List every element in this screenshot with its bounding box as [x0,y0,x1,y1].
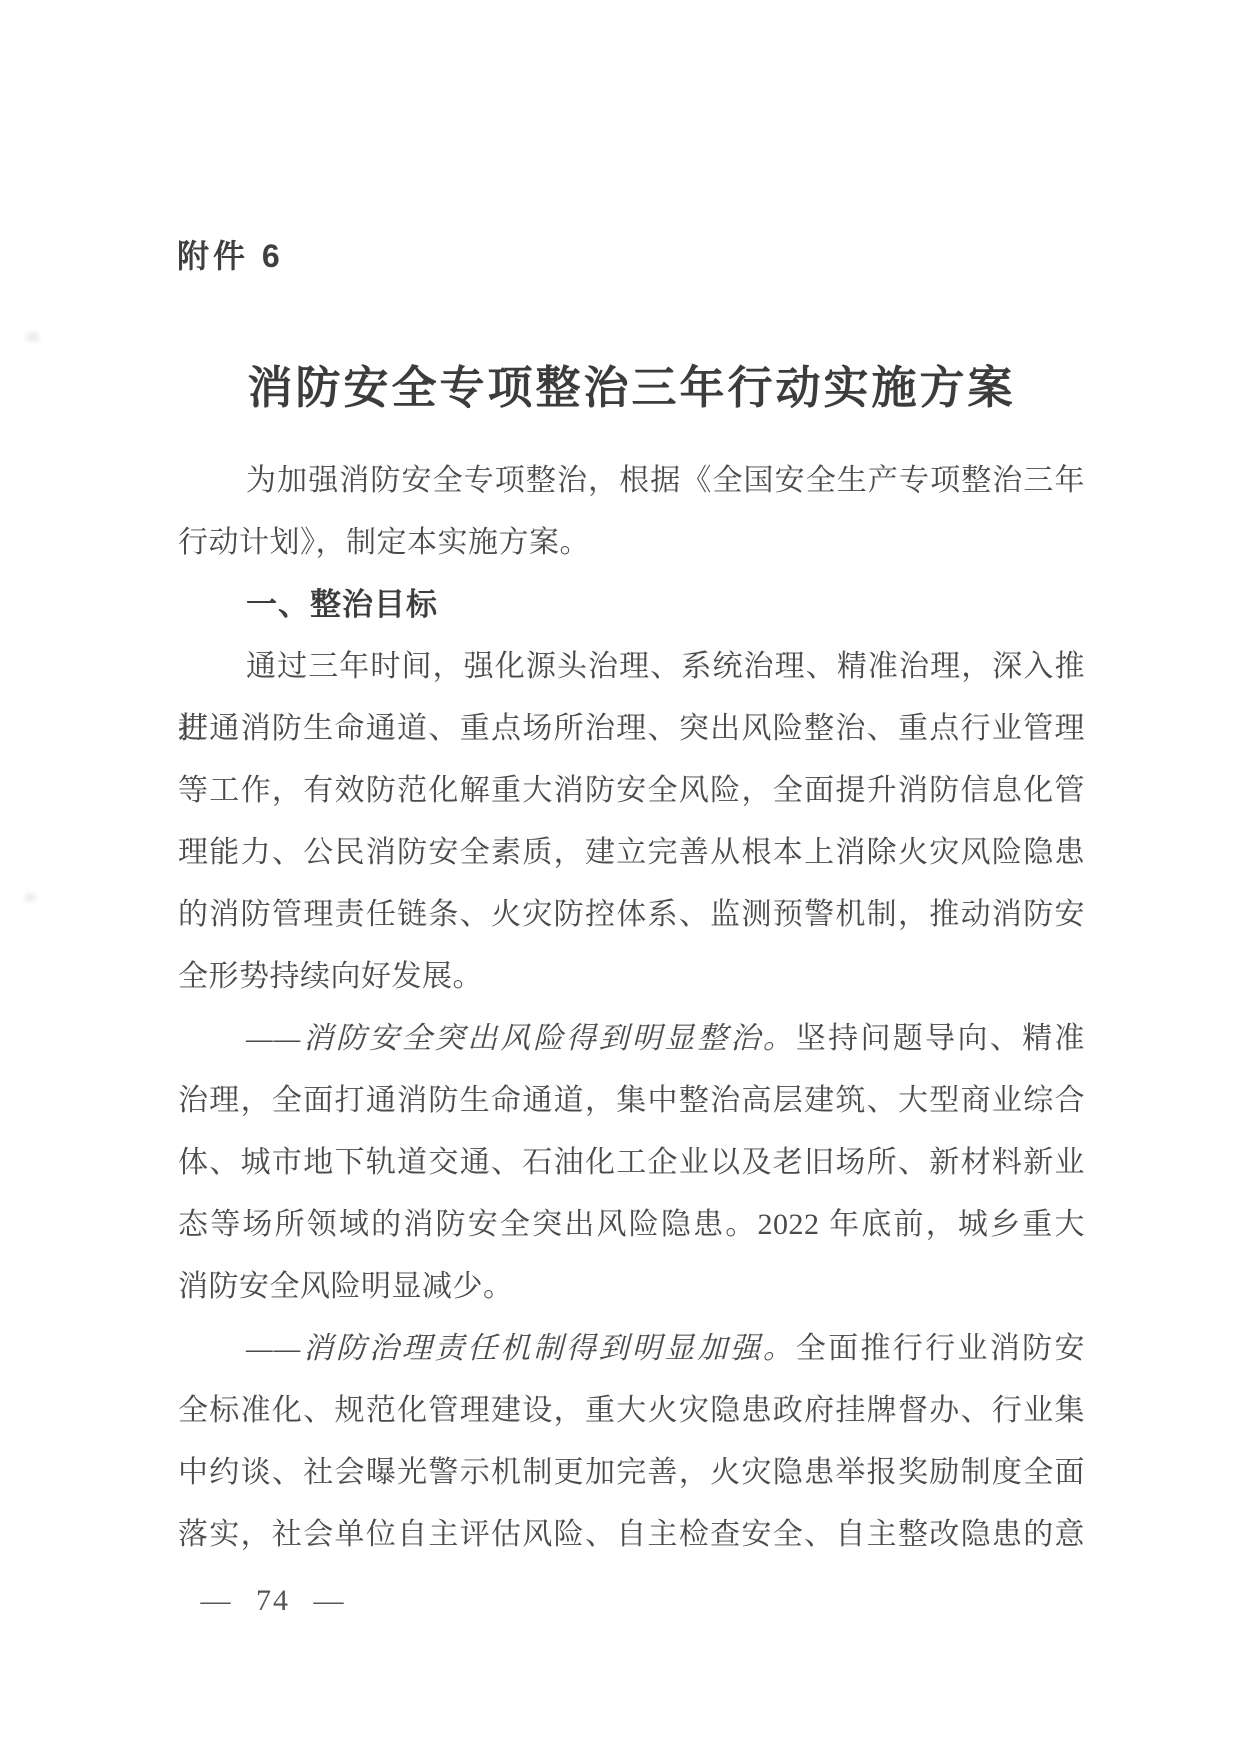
text-line: 消防安全风险明显减少。 [178,1256,1085,1318]
text-line: 等工作，有效防范化解重大消防安全风险，全面提升消防信息化管 [178,760,1085,822]
text-line: 落实，社会单位自主评估风险、自主检查安全、自主整改隐患的意 [178,1504,1085,1566]
text-segment: 打通消防生命通道、重点场所治理、突出风险整治、重点行业管理 [178,712,1085,745]
kaiti-lead-phrase: ——消防安全突出风险得到明显整治。 [246,1022,796,1055]
text-segment: 理能力、公民消防安全素质，建立完善从根本上消除火灾风险隐患 [178,836,1085,869]
text-line: 全形势持续向好发展。 [178,946,1085,1008]
text-line: 态等场所领域的消防安全突出风险隐患。2022 年底前，城乡重大 [178,1194,1085,1256]
document-title: 消防安全专项整治三年行动实施方案 [178,351,1085,416]
document-page: 附件 6 消防安全专项整治三年行动实施方案 为加强消防安全专项整治，根据《全国安… [0,0,1239,1752]
scan-artifact [26,332,40,342]
text-line: 的消防管理责任链条、火灾防控体系、监测预警机制，推动消防安 [178,884,1085,946]
text-line: 体、城市地下轨道交通、石油化工企业以及老旧场所、新材料新业 [178,1132,1085,1194]
text-line: 通过三年时间，强化源头治理、系统治理、精准治理，深入推进 [178,636,1085,698]
text-segment: 落实，社会单位自主评估风险、自主检查安全、自主整改隐患的意 [178,1518,1085,1551]
text-line: ——消防安全突出风险得到明显整治。坚持问题导向、精准 [178,1008,1085,1070]
section-heading: 一、整治目标 [178,574,1085,636]
text-line: 全标准化、规范化管理建设，重大火灾隐患政府挂牌督办、行业集 [178,1380,1085,1442]
attachment-label: 附件 6 [177,231,284,277]
document-body: 为加强消防安全专项整治，根据《全国安全生产专项整治三年行动计划》，制定本实施方案… [178,450,1085,1566]
text-line: 行动计划》，制定本实施方案。 [178,512,1085,574]
text-segment: 治理，全面打通消防生命通道，集中整治高层建筑、大型商业综合 [178,1084,1085,1117]
kaiti-lead-phrase: ——消防治理责任机制得到明显加强。 [246,1332,796,1365]
text-segment: 中约谈、社会曝光警示机制更加完善，火灾隐患举报奖励制度全面 [178,1456,1085,1489]
text-segment: 一、整治目标 [246,587,438,622]
text-segment: 全面推行行业消防安 [796,1332,1085,1365]
text-segment: 消防安全风险明显减少。 [178,1270,514,1303]
text-line: 为加强消防安全专项整治，根据《全国安全生产专项整治三年 [178,450,1085,512]
text-segment: 态等场所领域的消防安全突出风险隐患。2022 年底前，城乡重大 [178,1208,1085,1241]
text-line: 理能力、公民消防安全素质，建立完善从根本上消除火灾风险隐患 [178,822,1085,884]
text-segment: 为加强消防安全专项整治，根据《全国安全生产专项整治三年 [246,464,1085,497]
text-segment: 全形势持续向好发展。 [178,960,483,993]
page-number: — 74 — [178,1584,368,1618]
text-segment: 等工作，有效防范化解重大消防安全风险，全面提升消防信息化管 [178,774,1085,807]
text-segment: 行动计划》，制定本实施方案。 [178,526,590,559]
text-line: ——消防治理责任机制得到明显加强。全面推行行业消防安 [178,1318,1085,1380]
text-segment: 全标准化、规范化管理建设，重大火灾隐患政府挂牌督办、行业集 [178,1394,1085,1427]
text-line: 打通消防生命通道、重点场所治理、突出风险整治、重点行业管理 [178,698,1085,760]
text-segment: 的消防管理责任链条、火灾防控体系、监测预警机制，推动消防安 [178,898,1085,931]
text-line: 中约谈、社会曝光警示机制更加完善，火灾隐患举报奖励制度全面 [178,1442,1085,1504]
text-segment: 体、城市地下轨道交通、石油化工企业以及老旧场所、新材料新业 [178,1146,1085,1179]
text-line: 治理，全面打通消防生命通道，集中整治高层建筑、大型商业综合 [178,1070,1085,1132]
text-segment: 坚持问题导向、精准 [796,1022,1085,1055]
scan-artifact [24,893,36,902]
